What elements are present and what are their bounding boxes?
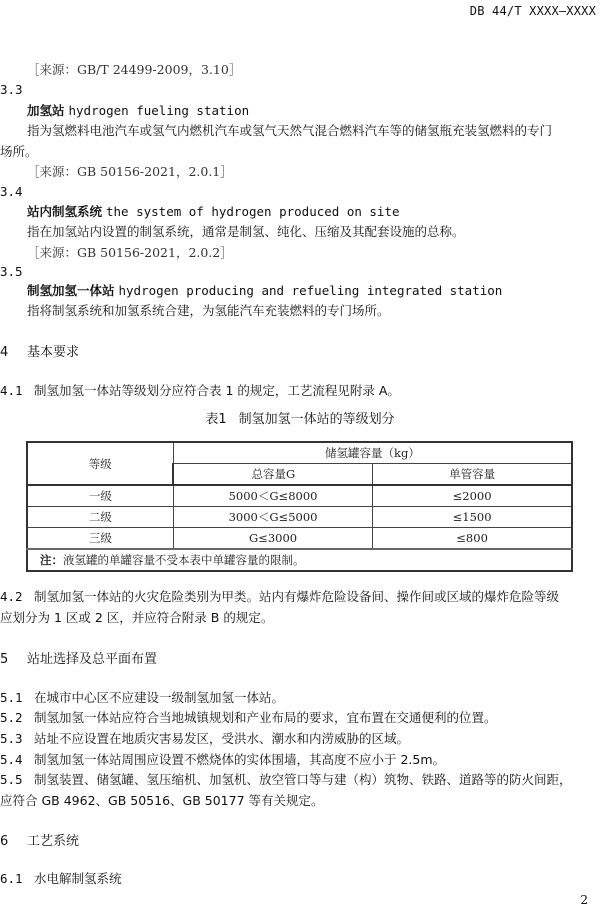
clause-5-4: 5.4制氢加氢一体站周围应设置不燃烧体的实体围墙，其高度不应小于 2.5m。 — [0, 750, 445, 770]
header-capacity-group: 储氢罐容量（kg） — [173, 442, 572, 464]
clause-number: 5.1 — [0, 688, 34, 708]
table-row: 一级 5000＜G≤8000 ≤2000 — [27, 485, 572, 507]
table-header-row: 等级 储氢罐容量（kg） — [27, 442, 572, 464]
clause-text: 制氢加氢一体站等级划分应符合表 1 的规定，工艺流程见附录 A。 — [34, 383, 400, 398]
clause-text: 制氢加氢一体站应符合当地城镇规划和产业布局的要求，宜布置在交通便利的位置。 — [34, 710, 497, 725]
term-definition: 指在加氢站内设置的制氢系统，通常是制氢、纯化、压缩及其配套设施的总称。 — [27, 222, 465, 242]
table-number: 表1 — [205, 412, 226, 427]
section-heading-6: 6工艺系统 — [0, 832, 79, 852]
section-title: 工艺系统 — [27, 834, 79, 849]
clause-number: 4.2 — [0, 587, 34, 607]
section-title: 站址选择及总平面布置 — [27, 652, 157, 667]
term-source: ［来源：GB 50156-2021，2.0.2］ — [27, 243, 233, 263]
term-definition: 指将制氢系统和加氢系统合建，为氢能汽车充装燃料的专门场所。 — [27, 301, 390, 321]
term-definition: 指为氢燃料电池汽车或氢气内燃机汽车或氢气天然气混合燃料汽车等的储氢瓶充装氢燃料的… — [27, 121, 552, 141]
header-single-capacity: 单管容量 — [373, 464, 572, 486]
term-title-zh: 制氢加氢一体站 — [27, 283, 115, 298]
cell-grade: 一级 — [27, 485, 173, 507]
clause-6-1: 6.1水电解制氢系统 — [0, 869, 122, 889]
clause-5-5: 5.5制氢装置、储氢罐、氢压缩机、加氢机、放空管口等与建（构）筑物、铁路、道路等… — [0, 770, 572, 790]
clause-number: 5.3 — [0, 729, 34, 749]
cell-grade: 三级 — [27, 528, 173, 550]
clause-5-2: 5.2制氢加氢一体站应符合当地城镇规划和产业布局的要求，宜布置在交通便利的位置。 — [0, 708, 497, 728]
term-title: 站内制氢系统 the system of hydrogen produced o… — [27, 202, 400, 222]
clause-text: 制氢加氢一体站的火灾危险类别为甲类。站内有爆炸危险设备间、操作间或区域的爆炸危险… — [34, 589, 559, 604]
clause-number: 5.4 — [0, 750, 34, 770]
document-code-header: DB 44/T XXXX—XXXX — [470, 4, 596, 18]
table-title: 制氢加氢一体站的等级划分 — [239, 412, 395, 427]
term-definition-continued: 场所。 — [0, 142, 38, 162]
grade-classification-table: 等级 储氢罐容量（kg） 总容量G 单管容量 一级 5000＜G≤8000 ≤2… — [26, 441, 573, 572]
clause-text-continued: 应符合 GB 4962、GB 50516、GB 50177 等有关规定。 — [0, 791, 324, 811]
table-row: 三级 G≤3000 ≤800 — [27, 528, 572, 550]
term-number: 3.5 — [0, 262, 23, 282]
cell-grade: 二级 — [27, 507, 173, 528]
term-title-zh: 加氢站 — [27, 103, 65, 118]
cell-total: 5000＜G≤8000 — [173, 485, 372, 507]
clause-text: 水电解制氢系统 — [34, 871, 122, 886]
term-source: ［来源：GB 50156-2021，2.0.1］ — [27, 162, 233, 182]
term-title-en: hydrogen fueling station — [69, 103, 250, 118]
cell-total: G≤3000 — [173, 528, 372, 550]
table-note: 注：液氢罐的单罐容量不受本表中单罐容量的限制。 — [27, 549, 572, 571]
clause-number: 4.1 — [0, 381, 34, 401]
clause-number: 5.2 — [0, 708, 34, 728]
section-heading-5: 5站址选择及总平面布置 — [0, 650, 157, 670]
header-total-capacity: 总容量G — [173, 464, 372, 486]
term-title: 制氢加氢一体站 hydrogen producing and refueling… — [27, 281, 502, 301]
clause-text: 在城市中心区不应建设一级制氢加氢一体站。 — [34, 690, 284, 705]
table-note-row: 注：液氢罐的单罐容量不受本表中单罐容量的限制。 — [27, 549, 572, 571]
term-title-en: the system of hydrogen produced on site — [106, 204, 400, 219]
term-source: ［来源：GB/T 24499-2009，3.10］ — [27, 60, 241, 80]
section-number: 4 — [0, 343, 27, 363]
clause-number: 5.5 — [0, 770, 34, 790]
section-heading-4: 4基本要求 — [0, 343, 79, 363]
page-number: 2 — [580, 893, 588, 907]
term-number: 3.4 — [0, 182, 23, 202]
clause-number: 6.1 — [0, 869, 34, 889]
clause-text: 制氢装置、储氢罐、氢压缩机、加氢机、放空管口等与建（构）筑物、铁路、道路等的防火… — [34, 772, 572, 787]
cell-total: 3000＜G≤5000 — [173, 507, 372, 528]
clause-text-continued: 应划分为 1 区或 2 区，并应符合附录 B 的规定。 — [0, 608, 273, 628]
term-title: 加氢站 hydrogen fueling station — [27, 101, 249, 121]
clause-text: 站址不应设置在地质灾害易发区，受洪水、潮水和内涝威胁的区域。 — [34, 731, 409, 746]
term-number: 3.3 — [0, 80, 23, 100]
term-title-zh: 站内制氢系统 — [27, 204, 102, 219]
clause-5-3: 5.3站址不应设置在地质灾害易发区，受洪水、潮水和内涝威胁的区域。 — [0, 729, 409, 749]
cell-single: ≤2000 — [373, 485, 572, 507]
clause-text: 制氢加氢一体站周围应设置不燃烧体的实体围墙，其高度不应小于 2.5m。 — [34, 752, 445, 767]
table-caption: 表1制氢加氢一体站的等级划分 — [0, 410, 600, 430]
term-title-en: hydrogen producing and refueling integra… — [119, 283, 503, 298]
clause-4-2: 4.2制氢加氢一体站的火灾危险类别为甲类。站内有爆炸危险设备间、操作间或区域的爆… — [0, 587, 559, 607]
cell-single: ≤800 — [373, 528, 572, 550]
section-number: 5 — [0, 650, 27, 670]
section-title: 基本要求 — [27, 345, 79, 360]
section-number: 6 — [0, 832, 27, 852]
clause-4-1: 4.1制氢加氢一体站等级划分应符合表 1 的规定，工艺流程见附录 A。 — [0, 381, 400, 401]
note-label: 注： — [40, 553, 63, 567]
clause-5-1: 5.1在城市中心区不应建设一级制氢加氢一体站。 — [0, 688, 284, 708]
note-text: 液氢罐的单罐容量不受本表中单罐容量的限制。 — [63, 553, 305, 567]
cell-single: ≤1500 — [373, 507, 572, 528]
header-grade: 等级 — [27, 442, 173, 485]
table-row: 二级 3000＜G≤5000 ≤1500 — [27, 507, 572, 528]
